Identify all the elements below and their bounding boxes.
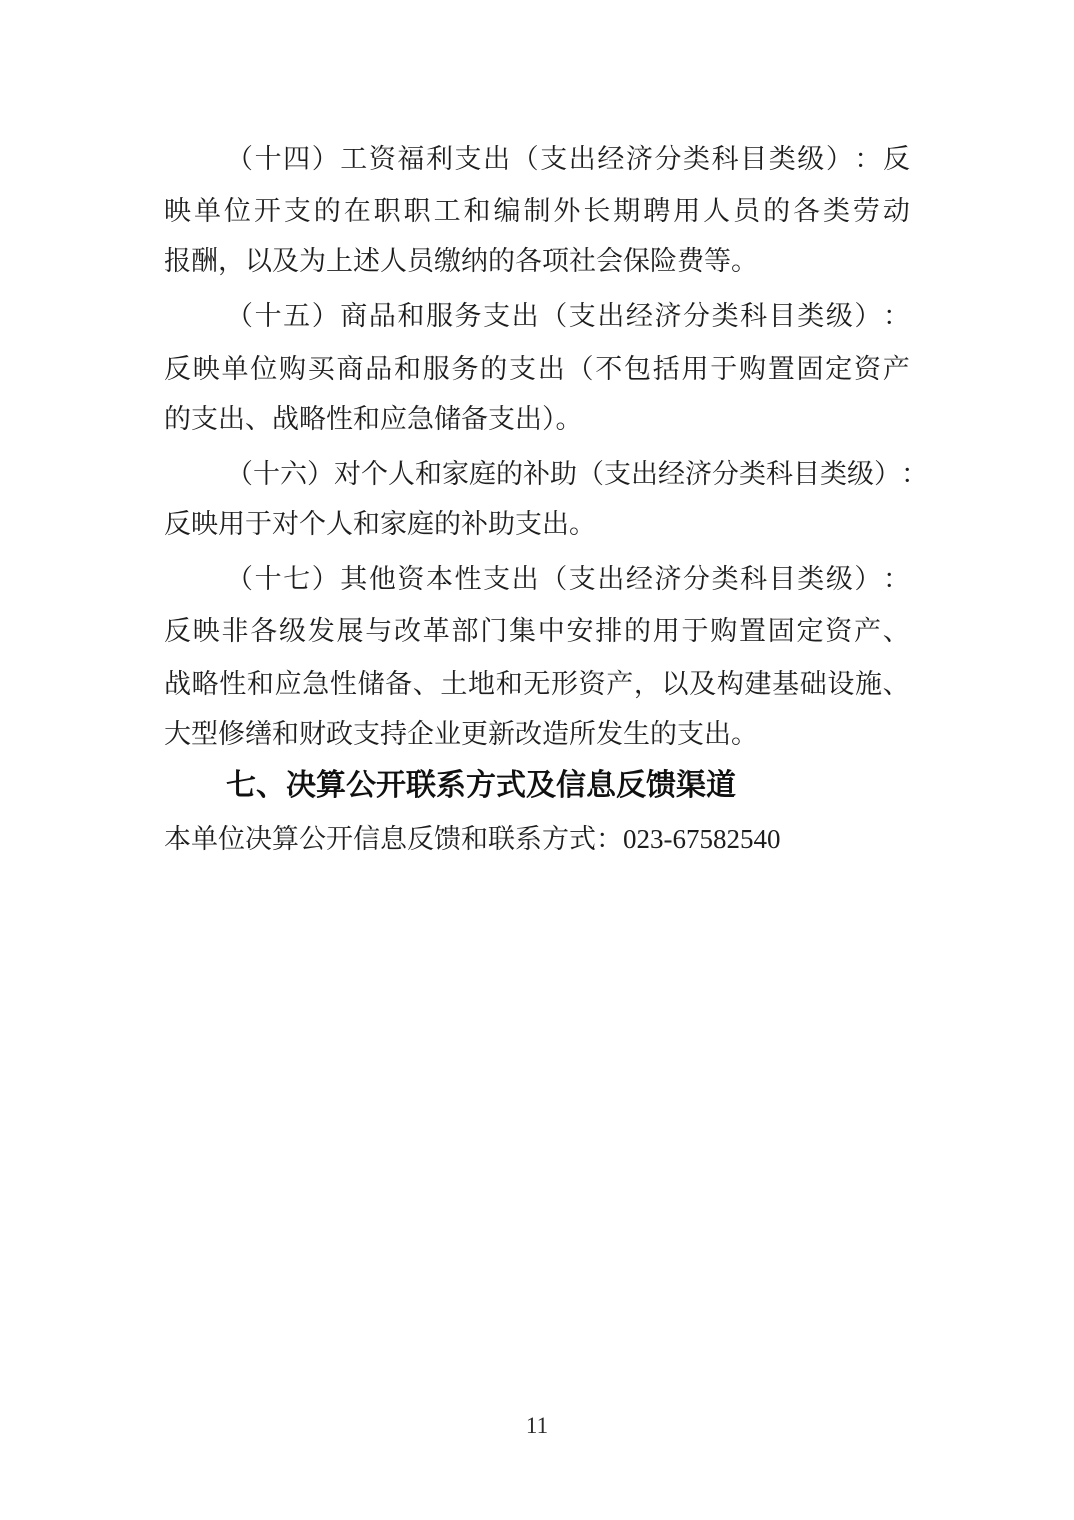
- text-line: （十五）商品和服务支出（支出经济分类科目类级）：: [164, 288, 910, 341]
- text-line: （十七）其他资本性支出（支出经济分类科目类级）：: [164, 550, 910, 603]
- para-15-goods-services-expense: （十五）商品和服务支出（支出经济分类科目类级）：反映单位购买商品和服务的支出（不…: [164, 288, 910, 446]
- para-17-other-capital-expense: （十七）其他资本性支出（支出经济分类科目类级）：反映非各级发展与改革部门集中安排…: [164, 550, 910, 760]
- document-page: （十四）工资福利支出（支出经济分类科目类级）：反映单位开支的在职职工和编制外长期…: [0, 0, 1074, 1520]
- text-line: 反映单位购买商品和服务的支出（不包括用于购置固定资产: [164, 340, 910, 393]
- text-line: 报酬，以及为上述人员缴纳的各项社会保险费等。: [164, 235, 910, 288]
- page-number: 11: [0, 1413, 1074, 1439]
- text-line: 反映用于对个人和家庭的补助支出。: [164, 498, 910, 551]
- text-line: 映单位开支的在职职工和编制外长期聘用人员的各类劳动: [164, 183, 910, 236]
- para-contact-info: 本单位决算公开信息反馈和联系方式：023-67582540: [164, 813, 910, 866]
- text-line: 反映非各级发展与改革部门集中安排的用于购置固定资产、: [164, 603, 910, 656]
- document-body: （十四）工资福利支出（支出经济分类科目类级）：反映单位开支的在职职工和编制外长期…: [164, 130, 910, 865]
- text-line: 战略性和应急性储备、土地和无形资产，以及构建基础设施、: [164, 655, 910, 708]
- text-line: （十四）工资福利支出（支出经济分类科目类级）：反: [164, 130, 910, 183]
- para-16-individual-family-subsidy: （十六）对个人和家庭的补助（支出经济分类科目类级）：反映用于对个人和家庭的补助支…: [164, 445, 910, 550]
- text-line: 本单位决算公开信息反馈和联系方式：023-67582540: [164, 813, 910, 866]
- heading-contact-feedback-channel: 七、决算公开联系方式及信息反馈渠道: [164, 760, 910, 813]
- para-14-wage-welfare-expense: （十四）工资福利支出（支出经济分类科目类级）：反映单位开支的在职职工和编制外长期…: [164, 130, 910, 288]
- heading-line: 七、决算公开联系方式及信息反馈渠道: [164, 760, 910, 813]
- text-line: 大型修缮和财政支持企业更新改造所发生的支出。: [164, 708, 910, 761]
- text-line: （十六）对个人和家庭的补助（支出经济分类科目类级）：: [164, 445, 910, 498]
- text-line: 的支出、战略性和应急储备支出）。: [164, 393, 910, 446]
